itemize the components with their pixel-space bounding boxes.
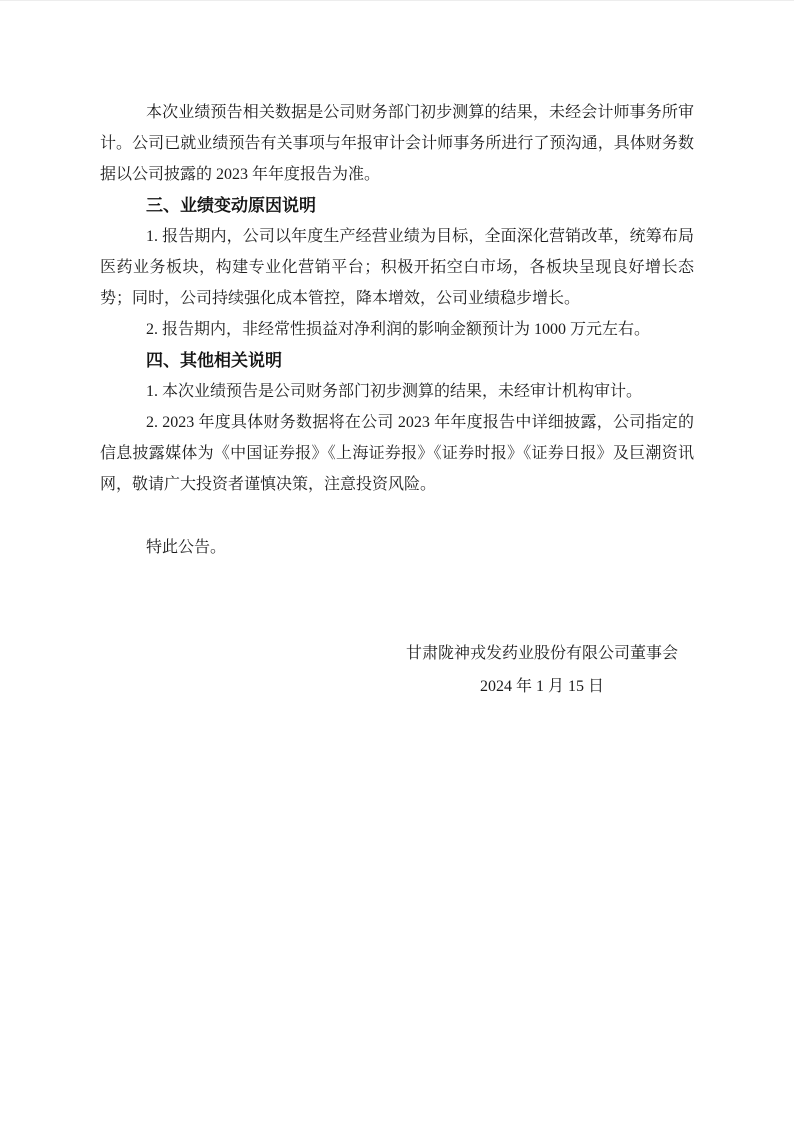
signature-date: 2024 年 1 月 15 日 (480, 670, 604, 703)
announcement-page: 本次业绩预告相关数据是公司财务部门初步测算的结果，未经会计师事务所审计。公司已就… (0, 0, 794, 1122)
section-other-item-1: 1. 本次业绩预告是公司财务部门初步测算的结果，未经审计机构审计。 (100, 376, 694, 407)
section-reasons-heading: 三、业绩变动原因说明 (100, 190, 694, 221)
intro-paragraph: 本次业绩预告相关数据是公司财务部门初步测算的结果，未经会计师事务所审计。公司已就… (100, 97, 694, 190)
section-reasons-item-1: 1. 报告期内，公司以年度生产经营业绩为目标，全面深化营销改革，统筹布局医药业务… (100, 221, 694, 314)
signature-block: 甘肃陇神戎发药业股份有限公司董事会 2024 年 1 月 15 日 (406, 637, 678, 703)
signature-company: 甘肃陇神戎发药业股份有限公司董事会 (406, 637, 678, 670)
section-other-item-2: 2. 2023 年度具体财务数据将在公司 2023 年年度报告中详细披露，公司指… (100, 407, 694, 500)
section-other-heading: 四、其他相关说明 (100, 345, 694, 376)
closing-statement: 特此公告。 (100, 532, 694, 563)
section-reasons-item-2: 2. 报告期内，非经常性损益对净利润的影响金额预计为 1000 万元左右。 (100, 314, 694, 345)
